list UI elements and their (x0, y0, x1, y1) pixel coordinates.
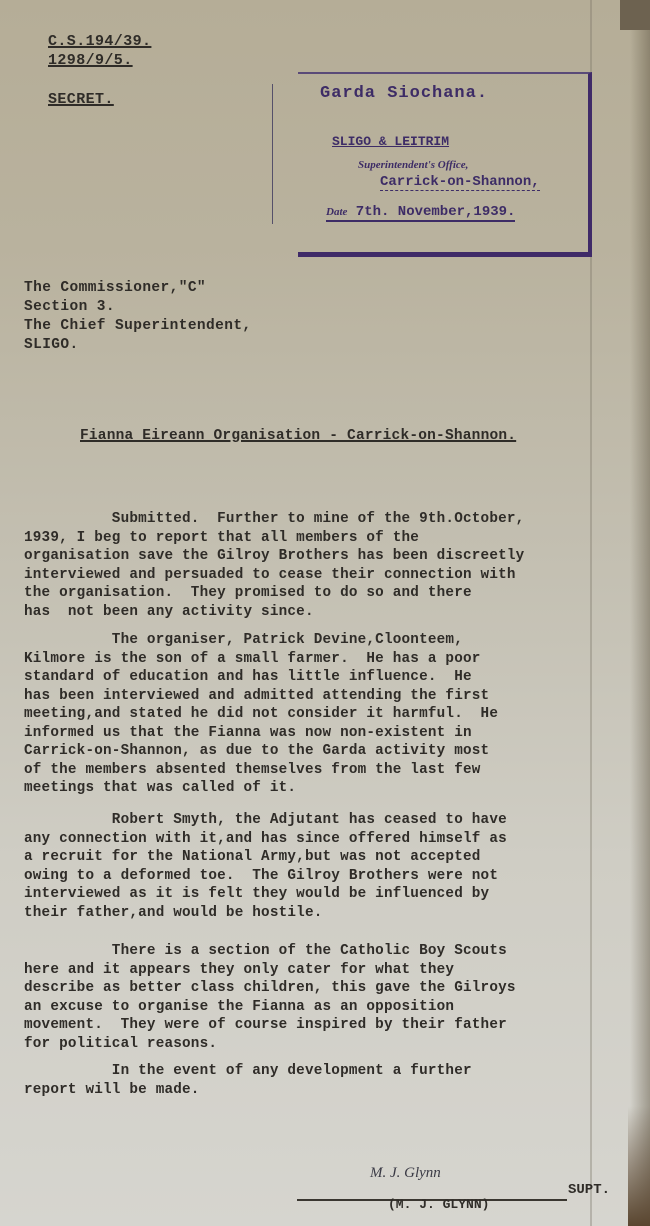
addressee-line: SLIGO. (24, 336, 79, 355)
background-corner (620, 0, 650, 30)
classification-label: SECRET. (48, 90, 114, 109)
stamp-office: Superintendent's Office, (358, 159, 468, 171)
body-paragraph-3: Robert Smyth, the Adjutant has ceased to… (24, 811, 644, 922)
body-paragraph-2: The organiser, Patrick Devine,Cloonteem,… (24, 631, 644, 798)
body-paragraph-5: In the event of any development a furthe… (24, 1062, 644, 1099)
subject-heading: Fianna Eireann Organisation - Carrick-on… (80, 428, 516, 444)
background-corner-bottom (628, 1106, 650, 1226)
signatory-title: SUPT. (568, 1182, 610, 1198)
signatory-name: (M. J. GLYNN) (388, 1197, 489, 1212)
stamp-place: Carrick-on-Shannon, (380, 174, 540, 191)
addressee-line: The Commissioner,"C" (24, 279, 206, 298)
addressee-line: Section 3. (24, 298, 115, 317)
stamp-division: SLIGO & LEITRIM (332, 134, 449, 149)
stamp-border-left (272, 84, 273, 224)
office-stamp: Garda Siochana. SLIGO & LEITRIM Superint… (298, 72, 592, 257)
stamp-date-row: Date 7th. November,1939. (326, 204, 515, 222)
stamp-date: 7th. November,1939. (356, 204, 516, 220)
body-paragraph-4: There is a section of the Catholic Boy S… (24, 942, 644, 1053)
handwritten-signature: M. J. Glynn (370, 1165, 441, 1182)
stamp-date-label: Date (326, 206, 347, 218)
body-paragraph-1: Submitted. Further to mine of the 9th.Oc… (24, 510, 644, 621)
file-reference-1: C.S.194/39. (48, 32, 151, 51)
addressee-line: The Chief Superintendent, (24, 317, 252, 336)
file-reference-2: 1298/9/5. (48, 51, 133, 70)
stamp-header: Garda Siochana. (320, 84, 488, 103)
